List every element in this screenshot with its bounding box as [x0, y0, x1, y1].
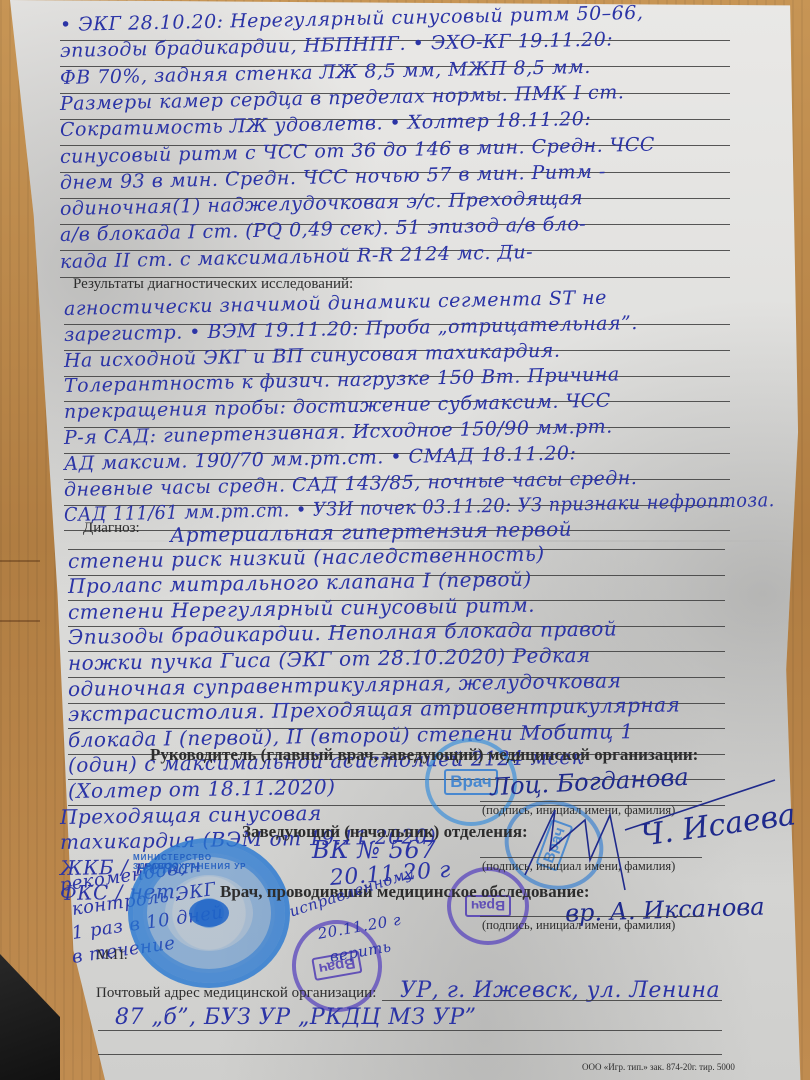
- printer-footer: ООО «Игр. тип.» зак. 874-20г. тир. 5000: [582, 1062, 735, 1072]
- address-line: [98, 1030, 722, 1031]
- signature-line: [480, 857, 702, 858]
- signature-caption: (подпись, инициал имени, фамилия): [482, 918, 675, 933]
- diagnosis-label: Диагноз:: [83, 520, 140, 537]
- examining-doctor-label: Врач, проводивший медицинское обследован…: [220, 882, 590, 902]
- vkk-number-note: ВК № 567: [312, 838, 436, 862]
- signature-line: [480, 916, 702, 917]
- handwritten-line: (Холтер от 18.11.2020): [68, 777, 336, 801]
- plank-seam: [0, 620, 40, 622]
- handwritten-line: степени Нерегулярный синусовый ритм.: [68, 594, 535, 621]
- seal-placeholder-label: М.П.: [96, 947, 128, 964]
- address-line: [382, 1000, 722, 1001]
- dark-object-corner: [0, 940, 60, 1080]
- address-line: [98, 1054, 722, 1055]
- postal-address-line-2: 87 „б”, БУЗ УР „РКДЦ МЗ УР”: [115, 1007, 476, 1029]
- postal-address-line-1: УР, г. Ижевск, ул. Ленина: [400, 980, 720, 1002]
- seal-ring-text: МИНИСТЕРСТВО ЗДРАВООХРАНЕНИЯ УР: [133, 853, 285, 871]
- seal-emblem-icon: [189, 899, 229, 927]
- postal-address-label: Почтовый адрес медицинской организации:: [96, 985, 376, 1002]
- results-label: Результаты диагностических исследований:: [73, 276, 353, 293]
- handwritten-line: степени риск низкий (наследственность): [68, 543, 545, 570]
- organization-seal-stamp: МИНИСТЕРСТВО ЗДРАВООХРАНЕНИЯ УР: [128, 838, 290, 988]
- signature-caption: (подпись, инициал имени, фамилия): [482, 859, 675, 874]
- plank-seam: [0, 560, 40, 562]
- head-of-organization-label: Руководитель (главный врач, заведующий) …: [150, 745, 698, 765]
